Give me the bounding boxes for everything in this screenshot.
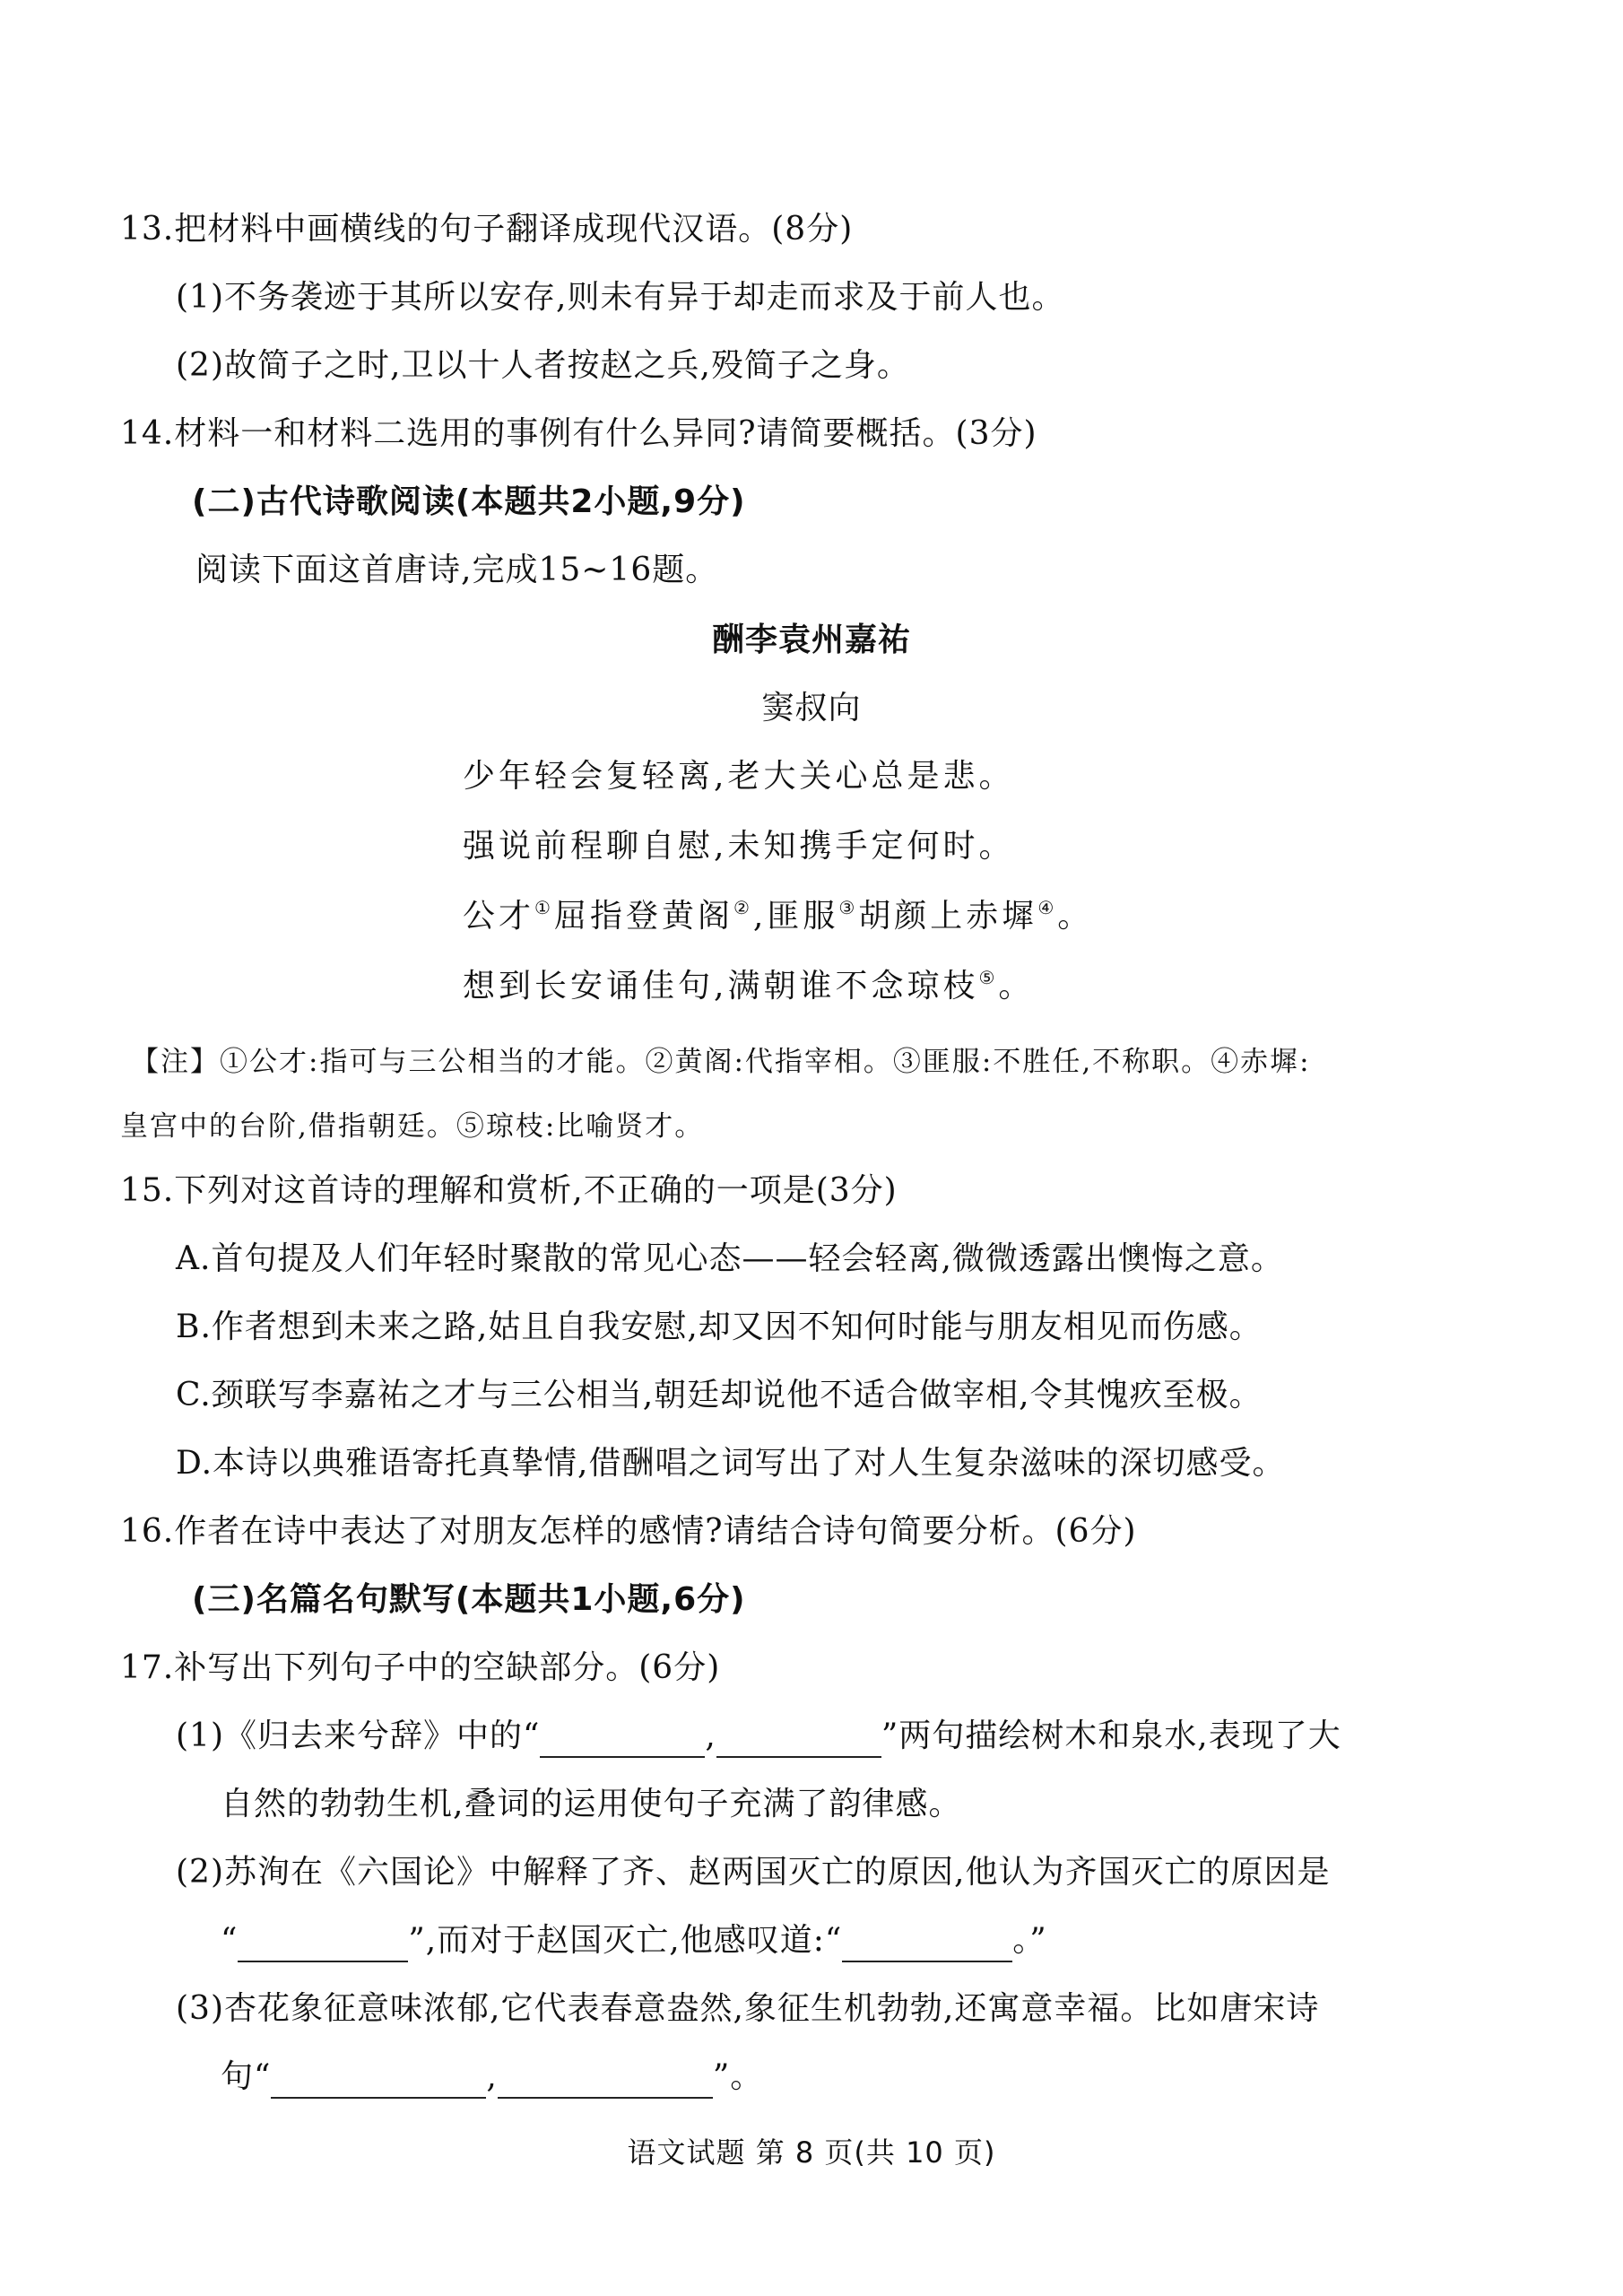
poem-line-3-part: ,匪服 (753, 898, 838, 935)
poem-line-3-part: 胡颜上赤墀 (858, 898, 1037, 935)
answer-blank-4[interactable] (842, 1928, 1012, 1962)
poem-line-3-part: 。 (1057, 898, 1093, 935)
q17-item1-sep: , (705, 1718, 716, 1754)
footnote-marker-4: ④ (1037, 897, 1057, 918)
q17-item1-suffix: ”两句描绘树木和泉水,表现了大 (881, 1718, 1341, 1754)
question-15-stem: 15.下列对这首诗的理解和赏析,不正确的一项是(3分) (120, 1170, 898, 1213)
footnote-marker-3: ③ (838, 897, 858, 918)
poem-title: 酬李袁州嘉祐 (0, 619, 1623, 662)
answer-blank-2[interactable] (716, 1724, 881, 1758)
question-17-item-3-blanks: 句“,”。 (221, 2056, 763, 2099)
question-17-item-2-blanks: “”,而对于赵国灭亡,他感叹道:“。” (221, 1919, 1047, 1962)
answer-blank-3[interactable] (238, 1928, 408, 1962)
poem-line-4: 想到长安诵佳句,满朝谁不念琼枝⑤。 (463, 965, 1034, 1008)
question-17-item-2: (2)苏洵在《六国论》中解释了齐、赵两国灭亡的原因,他认为齐国灭亡的原因是 (176, 1851, 1330, 1894)
q17-item2-open: “ (221, 1922, 238, 1959)
question-14-stem: 14.材料一和材料二选用的事例有什么异同?请简要概括。(3分) (120, 413, 1037, 456)
answer-blank-5[interactable] (271, 2065, 486, 2099)
poem-line-1-text: 少年轻会复轻离,老大关心总是悲。 (463, 758, 1014, 795)
question-15-option-d: D.本诗以典雅语寄托真挚情,借酬唱之词写出了对人生复杂滋味的深切感受。 (176, 1442, 1285, 1485)
q17-item1-prefix: (1)《归去来兮辞》中的“ (176, 1718, 540, 1754)
question-15-option-b: B.作者想到未来之路,姑且自我安慰,却又因不知何时能与朋友相见而伤感。 (176, 1306, 1263, 1349)
section-2-intro: 阅读下面这首唐诗,完成15~16题。 (195, 549, 718, 592)
section-3-title: (三)名篇名句默写(本题共1小题,6分) (192, 1578, 746, 1622)
question-17-item-1-continued: 自然的勃勃生机,叠词的运用使句子充满了韵律感。 (221, 1783, 961, 1826)
footnote-marker-1: ① (534, 897, 554, 918)
question-17-item-3: (3)杏花象征意味浓郁,它代表春意盎然,象征生机勃勃,还寓意幸福。比如唐宋诗 (176, 1987, 1319, 2031)
poem-line-4-part: 想到长安诵佳句,满朝谁不念琼枝 (463, 968, 978, 1004)
q17-item3-prefix: 句“ (221, 2058, 271, 2095)
question-15-option-a: A.首句提及人们年轻时聚散的常见心态——轻会轻离,微微透露出懊悔之意。 (176, 1238, 1284, 1281)
question-13-stem: 13.把材料中画横线的句子翻译成现代汉语。(8分) (120, 208, 853, 251)
poem-author: 窦叔向 (0, 687, 1623, 730)
poem-line-3-part: 屈指登黄阁 (554, 898, 733, 935)
q17-item3-end: ”。 (713, 2058, 763, 2095)
footnote-marker-5: ⑤ (978, 967, 998, 988)
poem-line-3: 公才①屈指登黄阁②,匪服③胡颜上赤墀④。 (463, 895, 1093, 938)
question-15-option-c: C.颈联写李嘉祐之才与三公相当,朝廷却说他不适合做宰相,令其愧疚至极。 (176, 1374, 1263, 1417)
question-17-item-1: (1)《归去来兮辞》中的“,”两句描绘树木和泉水,表现了大 (176, 1715, 1341, 1758)
poem-line-1: 少年轻会复轻离,老大关心总是悲。 (463, 755, 1014, 798)
q17-item2-end: 。” (1012, 1922, 1046, 1959)
poem-line-3-part: 公才 (463, 898, 534, 935)
section-2-title: (二)古代诗歌阅读(本题共2小题,9分) (192, 481, 746, 524)
question-13-item-2: (2)故简子之时,卫以十人者按赵之兵,殁简子之身。 (176, 344, 910, 387)
page-footer: 语文试题 第 8 页(共 10 页) (0, 2131, 1623, 2174)
poem-notes-line-2: 皇宫中的台阶,借指朝廷。⑤琼枝:比喻贤才。 (120, 1105, 704, 1148)
poem-line-2: 强说前程聊自慰,未知携手定何时。 (463, 825, 1014, 868)
answer-blank-1[interactable] (540, 1724, 705, 1758)
poem-notes-line-1: 【注】①公才:指可与三公相当的才能。②黄阁:代指宰相。③匪服:不胜任,不称职。④… (131, 1040, 1311, 1083)
poem-line-2-text: 强说前程聊自慰,未知携手定何时。 (463, 828, 1014, 865)
question-17-stem: 17.补写出下列句子中的空缺部分。(6分) (120, 1647, 720, 1690)
question-16-stem: 16.作者在诗中表达了对朋友怎样的感情?请结合诗句简要分析。(6分) (120, 1510, 1137, 1553)
poem-line-4-part: 。 (998, 968, 1034, 1004)
q17-item2-mid: ”,而对于赵国灭亡,他感叹道:“ (408, 1922, 842, 1959)
question-13-item-1: (1)不务袭迹于其所以安存,则未有异于却走而求及于前人也。 (176, 276, 1064, 319)
footnote-marker-2: ② (733, 897, 753, 918)
q17-item3-sep: , (486, 2058, 497, 2095)
answer-blank-6[interactable] (498, 2065, 713, 2099)
